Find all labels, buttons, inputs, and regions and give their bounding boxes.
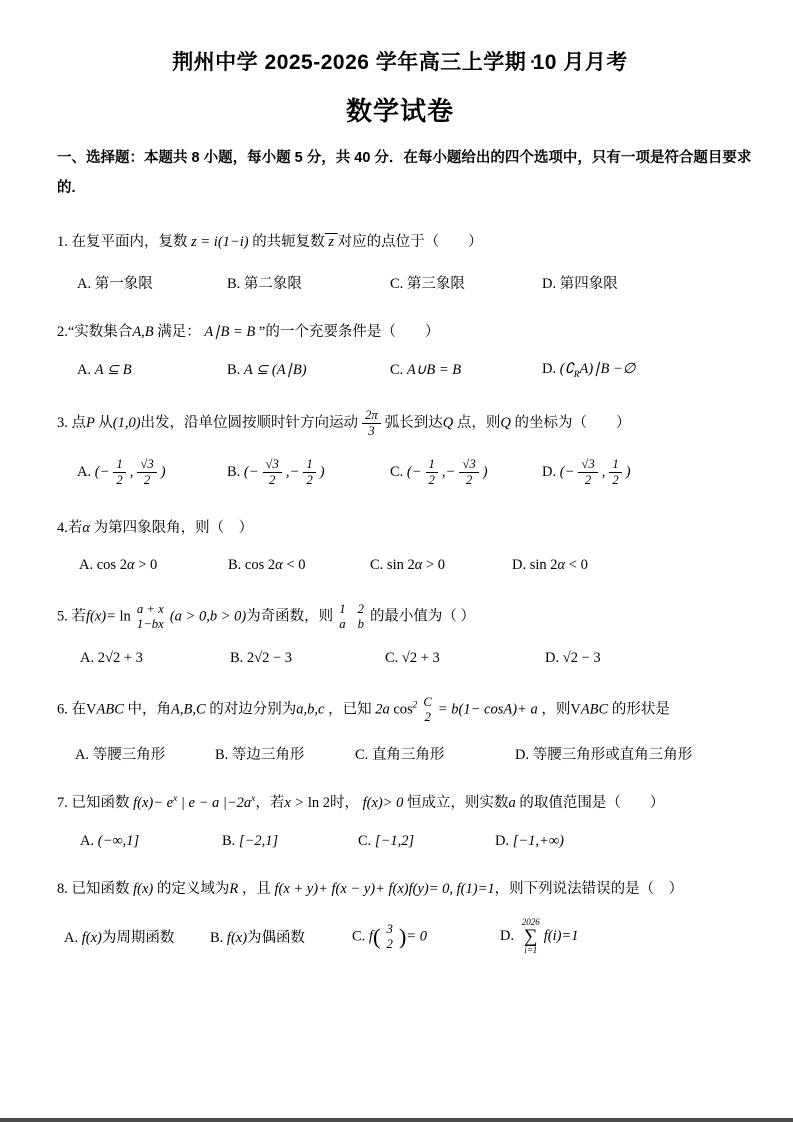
question-5: 5. 若f(x)= lna + x1−bx(a > 0,b > 0)为奇函数，则… <box>57 602 743 667</box>
question-4-option-a: A. cos 2α > 0 <box>79 557 228 574</box>
question-4-option-b: B. cos 2α < 0 <box>228 557 370 574</box>
question-3-options: A. (−12,√32) B. (−√32,−12) C. (−12,−√32)… <box>57 457 743 488</box>
question-6-option-c: C. 直角三角形 <box>355 743 515 764</box>
question-5-option-c: C. √2 + 3 <box>385 650 545 667</box>
question-7-option-d: D. [−1,+∞) <box>495 833 743 850</box>
question-5-option-d: D. √2 − 3 <box>545 650 743 667</box>
question-6-stem: 6. 在VABC 中，角A,B,C 的对边分别为a,b,c ，已知 2a cos… <box>57 695 743 725</box>
question-1-option-b: B. 第二象限 <box>227 272 390 293</box>
exam-title: 荆州中学 2025-2026 学年高三上学期 10 月月考 <box>57 46 743 76</box>
question-6-options: A. 等腰三角形 B. 等边三角形 C. 直角三角形 D. 等腰三角形或直角三角… <box>57 743 743 764</box>
question-8-option-b: B. f(x)为偶函数 <box>210 926 352 947</box>
question-1-option-d: D. 第四象限 <box>542 272 743 293</box>
question-6-option-b: B. 等边三角形 <box>215 743 355 764</box>
question-1-stem: 1. 在复平面内，复数 z = i(1−i) 的共轭复数 z 对应的点位于（ ） <box>57 231 743 253</box>
question-4-option-c: C. sin 2α > 0 <box>370 557 512 574</box>
question-5-option-b: B. 2√2 − 3 <box>230 650 385 667</box>
exam-paper: 荆州中学 2025-2026 学年高三上学期 10 月月考 数学试卷 一、选择题… <box>0 0 793 955</box>
question-2-option-c: C. A∪B = B <box>390 362 542 379</box>
question-4-option-d: D. sin 2α < 0 <box>512 557 743 574</box>
question-5-options: A. 2√2 + 3 B. 2√2 − 3 C. √2 + 3 D. √2 − … <box>57 650 743 667</box>
question-5-option-a: A. 2√2 + 3 <box>80 650 230 667</box>
question-8-options: A. f(x)为周期函数 B. f(x)为偶函数 C. f(32)= 0 D. … <box>57 918 743 955</box>
question-4-options: A. cos 2α > 0 B. cos 2α < 0 C. sin 2α > … <box>57 557 743 574</box>
question-3-stem: 3. 点P 从(1,0)出发，沿单位圆按顺时针方向运动2π3弧长到达Q 点，则Q… <box>57 408 743 439</box>
section-heading-line1: 一、选择题：本题共 8 小题，每小题 5 分，共 40 分．在每小题给出的四个选… <box>57 144 743 174</box>
question-6-option-a: A. 等腰三角形 <box>75 743 215 764</box>
question-2-option-a: A. A ⊆ B <box>77 362 227 379</box>
question-2-option-b: B. A ⊆ (A∣B) <box>227 362 390 379</box>
question-8-option-c: C. f(32)= 0 <box>352 922 500 952</box>
question-3: 3. 点P 从(1,0)出发，沿单位圆按顺时针方向运动2π3弧长到达Q 点，则Q… <box>57 408 743 488</box>
question-7-stem: 7. 已知函数 f(x)− ex | e − a |−2ax，若x > ln 2… <box>57 792 743 814</box>
question-1-option-a: A. 第一象限 <box>77 272 227 293</box>
ink-dot <box>531 60 534 63</box>
question-8-option-a: A. f(x)为周期函数 <box>64 926 210 947</box>
question-8-stem: 8. 已知函数 f(x) 的定义域为R ，且 f(x + y)+ f(x − y… <box>57 878 743 900</box>
question-8-option-d: D. 2026∑i=1f(i)=1 <box>500 918 743 955</box>
question-7-option-a: A. (−∞,1] <box>80 833 222 850</box>
question-7: 7. 已知函数 f(x)− ex | e − a |−2ax，若x > ln 2… <box>57 792 743 849</box>
question-6-option-d: D. 等腰三角形或直角三角形 <box>515 743 743 764</box>
question-2-option-d: D. (∁RA)∣B −∅ <box>542 361 743 380</box>
question-6: 6. 在VABC 中，角A,B,C 的对边分别为a,b,c ，已知 2a cos… <box>57 695 743 764</box>
section-heading: 一、选择题：本题共 8 小题，每小题 5 分，共 40 分．在每小题给出的四个选… <box>57 144 743 203</box>
question-3-option-b: B. (−√32,−12) <box>227 457 390 488</box>
question-4: 4.若α 为第四象限角，则（ ） A. cos 2α > 0 B. cos 2α… <box>57 517 743 574</box>
question-7-options: A. (−∞,1] B. [−2,1] C. [−1,2] D. [−1,+∞) <box>57 833 743 850</box>
question-8: 8. 已知函数 f(x) 的定义域为R ，且 f(x + y)+ f(x − y… <box>57 878 743 955</box>
question-7-option-b: B. [−2,1] <box>222 833 358 850</box>
question-3-option-c: C. (−12,−√32) <box>390 457 542 488</box>
question-1-options: A. 第一象限 B. 第二象限 C. 第三象限 D. 第四象限 <box>57 272 743 293</box>
question-5-stem: 5. 若f(x)= lna + x1−bx(a > 0,b > 0)为奇函数，则… <box>57 602 743 632</box>
question-2: 2.“实数集合A,B 满足： A∣B = B ”的一个充要条件是（ ） A. A… <box>57 321 743 380</box>
question-3-option-a: A. (−12,√32) <box>77 457 227 488</box>
question-3-option-d: D. (−√32,12) <box>542 457 743 488</box>
exam-subtitle: 数学试卷 <box>57 91 743 128</box>
question-7-option-c: C. [−1,2] <box>358 833 495 850</box>
question-4-stem: 4.若α 为第四象限角，则（ ） <box>57 517 743 539</box>
question-1: 1. 在复平面内，复数 z = i(1−i) 的共轭复数 z 对应的点位于（ ）… <box>57 231 743 292</box>
question-1-option-c: C. 第三象限 <box>390 272 542 293</box>
section-heading-line2: 的. <box>57 174 743 204</box>
question-2-options: A. A ⊆ B B. A ⊆ (A∣B) C. A∪B = B D. (∁RA… <box>57 361 743 380</box>
question-2-stem: 2.“实数集合A,B 满足： A∣B = B ”的一个充要条件是（ ） <box>57 321 743 343</box>
window-bottom-edge <box>0 1118 793 1122</box>
